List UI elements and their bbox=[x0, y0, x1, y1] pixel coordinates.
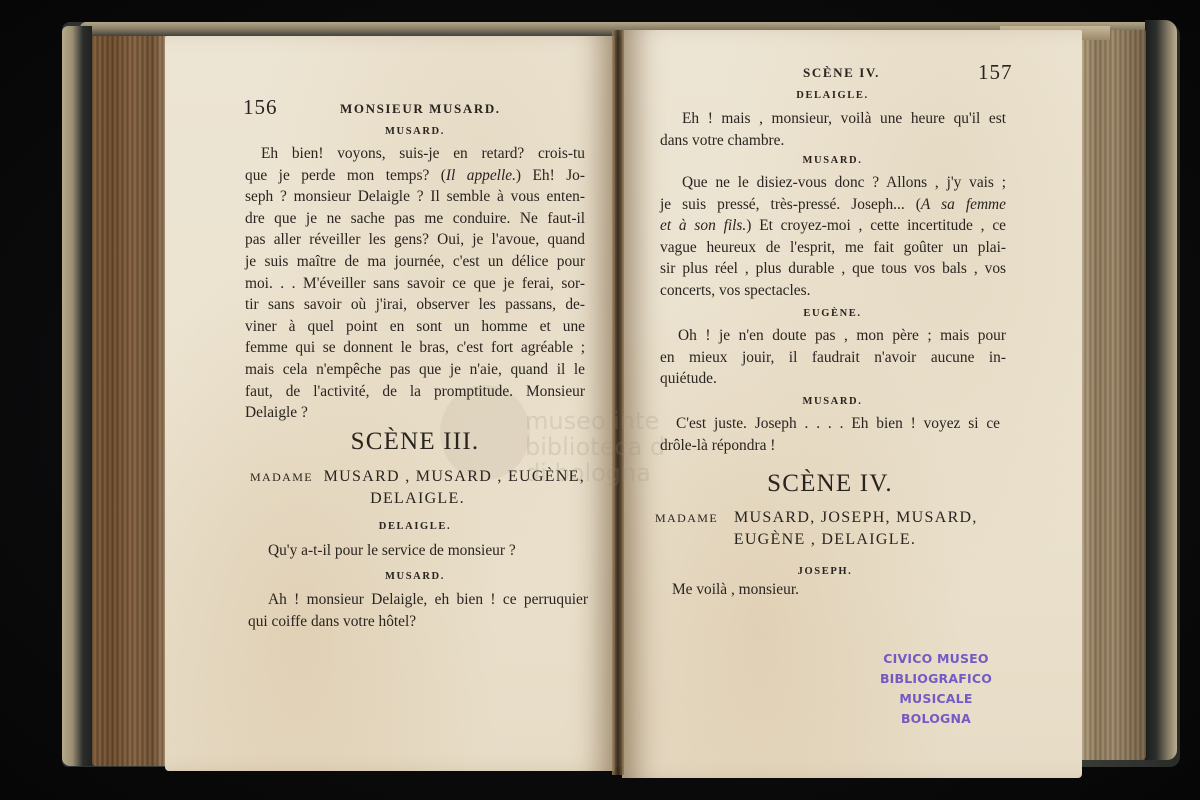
speaker-label: DELAIGLE. bbox=[660, 90, 1005, 101]
text-line: Me voilà , monsieur. bbox=[672, 579, 992, 601]
page-edge-stack-right bbox=[1080, 30, 1146, 760]
text-line: moi. . . M'éveiller sans savoir ce que j… bbox=[245, 273, 585, 295]
text-line: Qu'y a-t-il pour le service de monsieur … bbox=[268, 540, 598, 562]
scene-heading: SCÈNE IV. bbox=[655, 470, 1005, 498]
text-line: Oh ! je n'en doute pas , mon père ; mais… bbox=[660, 325, 1006, 347]
text-line: femme qui se donnent le bras, c'est fort… bbox=[245, 337, 585, 359]
text-line: Eh ! mais , monsieur, voilà une heure qu… bbox=[660, 108, 1006, 130]
text-line: viner à quel point en sont un homme et u… bbox=[245, 316, 585, 338]
cast-line: Madame MUSARD , MUSARD , EUGÈNE, bbox=[245, 466, 590, 488]
stage-direction: Il appelle. bbox=[446, 167, 516, 184]
speech-paragraph: Eh bien! voyons, suis-je en retard? croi… bbox=[245, 143, 585, 424]
speaker-label: MUSARD. bbox=[660, 396, 1005, 407]
text-line: pas aller réveiller les gens? Oui, je l'… bbox=[245, 229, 585, 251]
text-line: Que ne le disiez-vous donc ? Allons , j'… bbox=[660, 172, 1006, 194]
cast-names: MUSARD, JOSEPH, MUSARD, bbox=[734, 509, 978, 526]
page-number-right: 157 bbox=[978, 60, 1013, 85]
text-fragment: ) Eh! Jo- bbox=[516, 167, 585, 184]
text-line: C'est juste. Joseph . . . . Eh bien ! vo… bbox=[660, 413, 1000, 435]
scene-heading: SCÈNE III. bbox=[245, 428, 585, 456]
text-line: et à son fils.) Et croyez-moi , cette in… bbox=[660, 215, 1006, 237]
text-line: Delaigle ? bbox=[245, 402, 585, 424]
book-cover-right-edge bbox=[1145, 20, 1177, 760]
cast-prefix: Madame bbox=[655, 511, 718, 525]
library-stamp: CIVICO MUSEO BIBLIOGRAFICO MUSICALE BOLO… bbox=[843, 649, 1029, 729]
speaker-label: EUGÈNE. bbox=[660, 308, 1005, 319]
text-line: faut, de l'activité, de la promptitude. … bbox=[245, 381, 585, 403]
stage-direction: et à son fils. bbox=[660, 217, 746, 234]
stamp-line: BOLOGNA bbox=[843, 709, 1029, 729]
text-line: je suis pressé, très-pressé. Joseph... (… bbox=[660, 194, 1006, 216]
text-line: sir plus réel , plus durable , que tous … bbox=[660, 258, 1006, 280]
speech-paragraph: Ah ! monsieur Delaigle, eh bien ! ce per… bbox=[248, 589, 588, 632]
speaker-label: JOSEPH. bbox=[655, 566, 995, 577]
speaker-label: MUSARD. bbox=[660, 155, 1005, 166]
cast-line: Madame MUSARD, JOSEPH, MUSARD, bbox=[655, 507, 995, 529]
speech-paragraph: C'est juste. Joseph . . . . Eh bien ! vo… bbox=[660, 413, 1000, 456]
text-fragment: ) Et croyez-moi , cette incertitude , ce bbox=[746, 217, 1006, 234]
text-line: drôle-là répondra ! bbox=[660, 435, 1000, 457]
text-line: Eh bien! voyons, suis-je en retard? croi… bbox=[245, 143, 585, 165]
speaker-label: DELAIGLE. bbox=[245, 521, 585, 532]
running-head-left: MONSIEUR MUSARD. bbox=[340, 101, 501, 117]
cast-list: Madame MUSARD, JOSEPH, MUSARD, EUGÈNE , … bbox=[655, 507, 995, 551]
text-line: concerts, vos spectacles. bbox=[660, 280, 1006, 302]
speaker-label: MUSARD. bbox=[245, 126, 585, 137]
text-line: qui coiffe dans votre hôtel? bbox=[248, 611, 588, 633]
book-gutter bbox=[612, 30, 624, 775]
text-line: vague heureux de l'esprit, me fait goûte… bbox=[660, 237, 1006, 259]
text-line: seph ? monsieur Delaigle ? Il semble à v… bbox=[245, 186, 585, 208]
stamp-line: BIBLIOGRAFICO MUSICALE bbox=[843, 669, 1029, 709]
cast-names: MUSARD , MUSARD , EUGÈNE, bbox=[324, 468, 585, 485]
text-line: tir sans savoir où j'irai, observer les … bbox=[245, 294, 585, 316]
text-line: que je perde mon temps? (Il appelle.) Eh… bbox=[245, 165, 585, 187]
cast-list: Madame MUSARD , MUSARD , EUGÈNE, DELAIGL… bbox=[245, 466, 590, 510]
running-head-right: SCÈNE IV. bbox=[803, 65, 880, 81]
text-line: dans votre chambre. bbox=[660, 130, 1006, 152]
speaker-label: MUSARD. bbox=[245, 571, 585, 582]
speech-paragraph: Oh ! je n'en doute pas , mon père ; mais… bbox=[660, 325, 1006, 390]
speech-paragraph: Me voilà , monsieur. bbox=[672, 579, 992, 601]
speech-paragraph: Eh ! mais , monsieur, voilà une heure qu… bbox=[660, 108, 1006, 151]
cast-prefix: Madame bbox=[250, 470, 313, 484]
book-cover-left-edge bbox=[62, 26, 92, 766]
text-fragment: que je perde mon temps? ( bbox=[245, 167, 446, 184]
text-line: dre que je ne sache pas me conduire. Ne … bbox=[245, 208, 585, 230]
stage-direction: A sa femme bbox=[921, 196, 1006, 213]
speech-paragraph: Qu'y a-t-il pour le service de monsieur … bbox=[268, 540, 598, 562]
page-edge-stack-left bbox=[92, 36, 168, 766]
page-number-left: 156 bbox=[243, 95, 278, 120]
text-line: mais cela n'empêche pas que je n'aie, qu… bbox=[245, 359, 585, 381]
text-line: en mieux jouir, il faudrait n'avoir aucu… bbox=[660, 347, 1006, 369]
text-line: je suis maître de ma journée, c'est un d… bbox=[245, 251, 585, 273]
text-fragment: je suis pressé, très-pressé. Joseph... ( bbox=[660, 196, 921, 213]
text-line: quiétude. bbox=[660, 368, 1006, 390]
cast-line: EUGÈNE , DELAIGLE. bbox=[655, 529, 995, 551]
text-line: Ah ! monsieur Delaigle, eh bien ! ce per… bbox=[248, 589, 588, 611]
cast-line: DELAIGLE. bbox=[245, 488, 590, 510]
stamp-line: CIVICO MUSEO bbox=[843, 649, 1029, 669]
speech-paragraph: Que ne le disiez-vous donc ? Allons , j'… bbox=[660, 172, 1006, 302]
